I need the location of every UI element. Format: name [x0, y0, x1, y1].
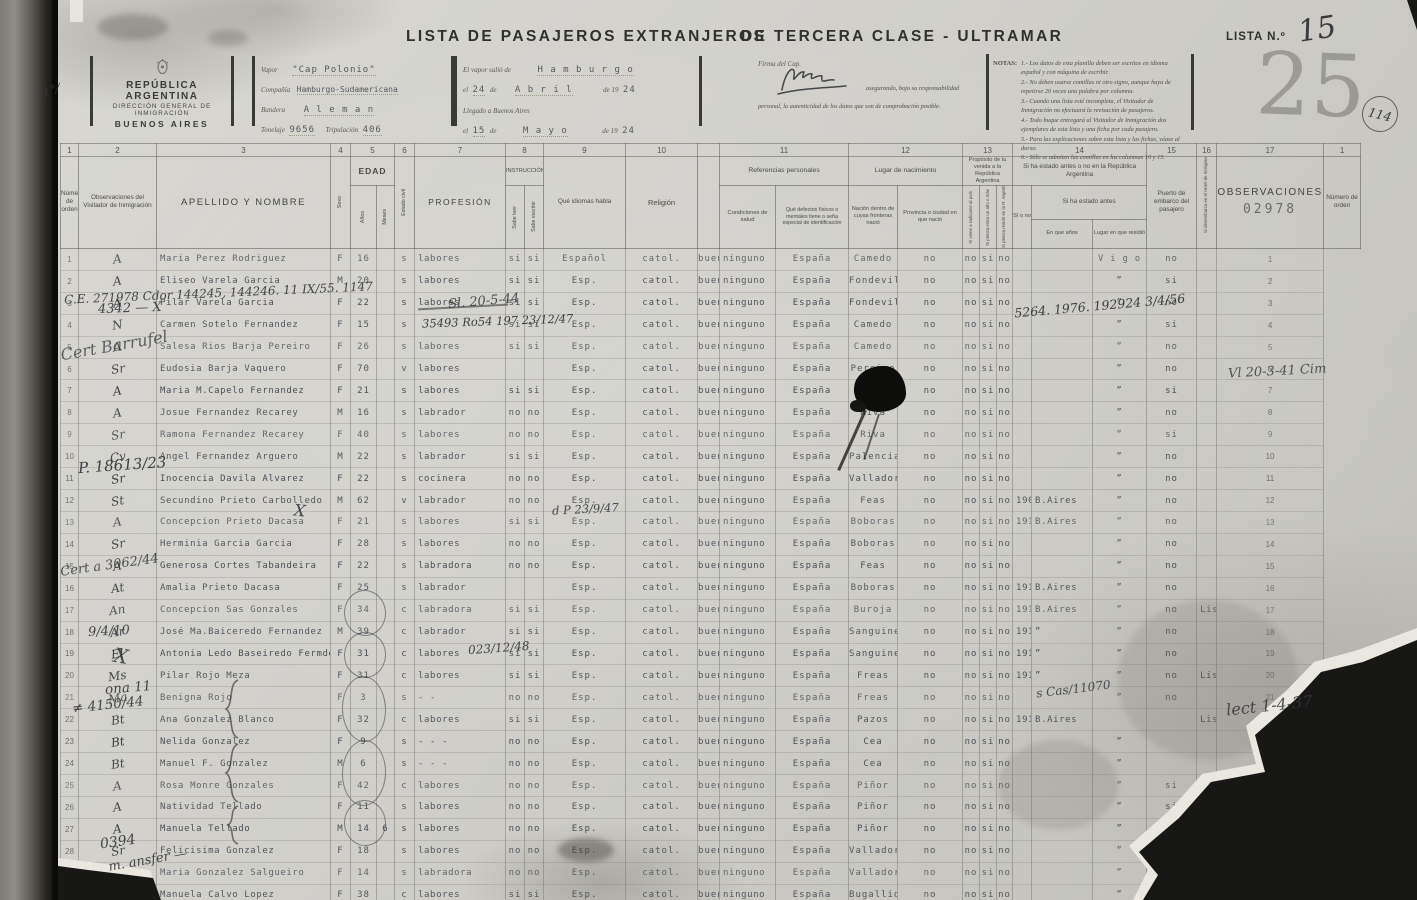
- cell-prop3: si: [980, 775, 997, 797]
- cell-religion: catol.: [626, 753, 698, 775]
- table-row: 25ARosa Monre GonzalesF42claboresnonoEsp…: [61, 775, 1361, 797]
- cell-prop3: si: [980, 731, 997, 753]
- cell-prop1: no: [898, 862, 963, 884]
- cell-nacion: España: [776, 270, 849, 292]
- cell-sexo: F: [331, 687, 351, 709]
- cell-estado: s: [395, 314, 415, 336]
- table-row: 13AConcepcion Prieto DacasaF21slaboressi…: [61, 512, 1361, 534]
- cell-prop1: no: [898, 292, 963, 314]
- cell-nacion: España: [776, 446, 849, 468]
- nota-item: 3.- Cuando una lista esté incompleta, el…: [1021, 97, 1185, 116]
- cell-profesion: labrador: [415, 402, 506, 424]
- cell-salud: buena: [698, 643, 720, 665]
- cell-prop2: no: [963, 533, 980, 555]
- cell-observaciones: [1197, 643, 1217, 665]
- cell-meses: [377, 468, 395, 490]
- cell-anios: 22: [351, 292, 377, 314]
- cell-anios: 39: [351, 621, 377, 643]
- cell-idiomas: Esp.: [544, 884, 626, 900]
- cell-sabe-escribir: no: [525, 687, 544, 709]
- table-row: 11SrInocencia Davila AlvarezF22scocinera…: [61, 468, 1361, 490]
- org-line3: BUENOS AIRES: [99, 119, 225, 129]
- scanned-passenger-list: LISTA DE PASAJEROS EXTRANJEROS DE TERCER…: [0, 0, 1417, 900]
- cell-si-o-no: no: [997, 862, 1013, 884]
- cell-prop1: no: [898, 402, 963, 424]
- cell-lugar-residio: [1032, 862, 1093, 884]
- cell-religion: catol.: [626, 884, 698, 900]
- cell-prop1: no: [898, 796, 963, 818]
- cell-prop2: no: [963, 862, 980, 884]
- cell-estado: s: [395, 248, 415, 270]
- cell-puerto: ”: [1093, 665, 1147, 687]
- cell-lugar-residio: [1032, 687, 1093, 709]
- cell-visitador-mark: Sr: [79, 358, 157, 380]
- col-religion: Religión: [626, 157, 698, 249]
- cell-sexo: F: [331, 292, 351, 314]
- document-sheet: LISTA DE PASAJEROS EXTRANJEROS DE TERCER…: [58, 0, 1417, 900]
- cell-lugar-residio: [1032, 336, 1093, 358]
- cell-numero: 24: [61, 753, 79, 775]
- org-line2: DIRECCIÓN GENERAL DE INMIGRACIÓN: [99, 103, 225, 117]
- cell-salud: buena: [698, 862, 720, 884]
- header-row-1: Número de orden Observaciones del Visita…: [61, 157, 1361, 186]
- cell-salud: buena: [698, 796, 720, 818]
- cell-religion: catol.: [626, 336, 698, 358]
- cell-lugar-residio: B.Aires: [1032, 577, 1093, 599]
- cell-numero2: 24: [1217, 753, 1324, 775]
- cell-anios: 40: [351, 424, 377, 446]
- cell-meses: [377, 709, 395, 731]
- cell-provincia: Piñor: [849, 775, 898, 797]
- cell-prop3: si: [980, 599, 997, 621]
- cell-observaciones: [1197, 336, 1217, 358]
- cell-lugar-residio: B.Aires: [1032, 599, 1093, 621]
- cell-prop1: no: [898, 314, 963, 336]
- cell-en-anios: [1013, 314, 1032, 336]
- cell-prop1: no: [898, 358, 963, 380]
- cell-provincia: Cea: [849, 753, 898, 775]
- cell-numero: 5: [61, 336, 79, 358]
- col-blank: [698, 157, 720, 249]
- cell-defectos: ninguno: [720, 665, 776, 687]
- cell-si-o-no: no: [997, 709, 1013, 731]
- cell-nacion: España: [776, 753, 849, 775]
- cell-numero2: 29: [1217, 862, 1324, 884]
- cell-si-o-no: no: [997, 358, 1013, 380]
- cell-observaciones: [1197, 862, 1217, 884]
- cell-lugar-residio: [1032, 884, 1093, 900]
- col-si-o-no: Sí o no: [1013, 185, 1032, 248]
- cell-meses: [377, 884, 395, 900]
- cell-prop2: no: [963, 248, 980, 270]
- cell-salud: buena: [698, 512, 720, 534]
- cell-sabe-escribir: si: [525, 665, 544, 687]
- cell-visitador-mark: An: [79, 599, 157, 621]
- cell-lugar-residio: [1032, 753, 1093, 775]
- cell-religion: catol.: [626, 512, 698, 534]
- cell-sabe-leer: no: [506, 555, 525, 577]
- compania-value: Hamburgo-Sudamericana: [297, 85, 398, 95]
- cell-provincia: Buroja: [849, 599, 898, 621]
- cell-provincia: Feas: [849, 490, 898, 512]
- cell-hotel: no: [1147, 336, 1197, 358]
- cell-observaciones: [1197, 621, 1217, 643]
- cell-sabe-leer: [506, 358, 525, 380]
- cell-en-anios: [1013, 775, 1032, 797]
- cell-visitador-mark: Sr: [79, 862, 157, 884]
- cell-sexo: F: [331, 840, 351, 862]
- cell-hotel: no: [1147, 665, 1197, 687]
- cell-provincia: Riva: [849, 380, 898, 402]
- cell-idiomas: Esp.: [544, 402, 626, 424]
- cell-idiomas: Esp.: [544, 840, 626, 862]
- cell-visitador-mark: A: [79, 248, 157, 270]
- cell-anios: 22: [351, 468, 377, 490]
- cell-defectos: ninguno: [720, 533, 776, 555]
- cell-observaciones: [1197, 446, 1217, 468]
- col-referencias-group: Referencias personales: [720, 157, 849, 186]
- cell-nombre: José Ma.Baiceredo Fernandez: [157, 621, 331, 643]
- cell-prop3: si: [980, 424, 997, 446]
- cell-prop2: no: [963, 665, 980, 687]
- cell-religion: catol.: [626, 248, 698, 270]
- cell-salud: buena: [698, 468, 720, 490]
- notes-box: NOTAS: 1.- Los datos de esta planilla de…: [986, 54, 1194, 130]
- col-instruccion-group: INSTRUCCIÓN: [506, 157, 544, 186]
- cell-hotel: si: [1147, 270, 1197, 292]
- cell-nacion: España: [776, 818, 849, 840]
- cell-idiomas: Esp.: [544, 424, 626, 446]
- cell-estado: s: [395, 687, 415, 709]
- cell-en-anios: [1013, 292, 1032, 314]
- cell-en-anios: [1013, 424, 1032, 446]
- cell-numero: 8: [61, 402, 79, 424]
- cell-puerto: ”: [1093, 775, 1147, 797]
- col-prop1: Si viene a radicarse al país: [963, 185, 980, 248]
- cell-visitador-mark: Sr: [79, 840, 157, 862]
- cell-puerto: ”: [1093, 446, 1147, 468]
- cell-numero2: 8: [1217, 402, 1324, 424]
- cell-prop1: no: [898, 731, 963, 753]
- cell-hotel: si: [1147, 796, 1197, 818]
- cell-defectos: ninguno: [720, 775, 776, 797]
- col-salud: Condiciones de salud: [720, 185, 776, 248]
- table-row: 23BtNelida GonzalezF9s- - -nonoEsp.catol…: [61, 731, 1361, 753]
- cell-nacion: España: [776, 248, 849, 270]
- column-numbers-row: 123 456 789 1011 1213 1415 16171: [61, 144, 1361, 157]
- passenger-table: 123 456 789 1011 1213 1415 16171 Número …: [60, 143, 1360, 900]
- cell-puerto: ”: [1093, 402, 1147, 424]
- cell-nacion: España: [776, 533, 849, 555]
- cell-lugar-residio: [1032, 555, 1093, 577]
- cell-hotel: si: [1147, 775, 1197, 797]
- cell-prop2: no: [963, 402, 980, 424]
- cell-observaciones: [1197, 402, 1217, 424]
- table-row: 22BtAna Gonzalez BlancoF32claboressisiEs…: [61, 709, 1361, 731]
- cell-en-anios: 1912-23: [1013, 709, 1032, 731]
- cell-anios: 22: [351, 446, 377, 468]
- cell-visitador-mark: Sr: [79, 424, 157, 446]
- cell-anios: 38: [351, 884, 377, 900]
- ship-box: Vapor "Cap Polonio" Compañía Hamburgo-Su…: [252, 56, 454, 126]
- cell-en-anios: [1013, 753, 1032, 775]
- salida-de19: de 19: [603, 86, 618, 94]
- cell-idiomas: Esp.: [544, 468, 626, 490]
- cell-anios: 21: [351, 512, 377, 534]
- cell-hotel: no: [1147, 248, 1197, 270]
- cell-prop2: no: [963, 621, 980, 643]
- table-row: 18ArJosé Ma.Baiceredo FernandezM39clabra…: [61, 621, 1361, 643]
- cell-defectos: ninguno: [720, 577, 776, 599]
- cell-lugar-residio: [1032, 533, 1093, 555]
- cell-idiomas: Esp.: [544, 643, 626, 665]
- cell-idiomas: Esp.: [544, 599, 626, 621]
- compania-label: Compañía: [261, 86, 290, 94]
- cell-prop3: si: [980, 248, 997, 270]
- cell-numero2: 13: [1217, 512, 1324, 534]
- cell-profesion: labrador: [415, 490, 506, 512]
- cell-religion: catol.: [626, 490, 698, 512]
- vapor-value: "Cap Polonio": [292, 65, 375, 76]
- cell-profesion: labores: [415, 643, 506, 665]
- cell-salud: buena: [698, 446, 720, 468]
- cell-religion: catol.: [626, 709, 698, 731]
- cell-prop1: no: [898, 555, 963, 577]
- cell-prop1: no: [898, 468, 963, 490]
- cell-prop3: si: [980, 402, 997, 424]
- cell-sabe-escribir: si: [525, 643, 544, 665]
- cell-puerto: ”: [1093, 862, 1147, 884]
- cell-prop1: no: [898, 818, 963, 840]
- cell-defectos: ninguno: [720, 358, 776, 380]
- cell-prop3: si: [980, 709, 997, 731]
- table-row: 10CvAngel Fernandez ArgueroM22slabradors…: [61, 446, 1361, 468]
- cell-nombre: Maria Gonzalez Salgueiro: [157, 862, 331, 884]
- cell-prop1: no: [898, 270, 963, 292]
- cell-salud: buena: [698, 840, 720, 862]
- cell-numero: 4: [61, 314, 79, 336]
- col-puerto: Puerto de embarco del pasajero: [1147, 157, 1197, 249]
- cell-sabe-escribir: no: [525, 555, 544, 577]
- table-row: 2AEliseo Varela GarciaM20slaboressisiEsp…: [61, 270, 1361, 292]
- cell-estado: c: [395, 884, 415, 900]
- cell-prop2: no: [963, 840, 980, 862]
- cell-profesion: - - -: [415, 753, 506, 775]
- cell-sexo: F: [331, 775, 351, 797]
- cell-estado: s: [395, 577, 415, 599]
- cell-observaciones: [1197, 490, 1217, 512]
- cell-observaciones: [1197, 270, 1217, 292]
- cell-numero: 1: [61, 248, 79, 270]
- org-box: REPÚBLICA ARGENTINA DIRECCIÓN GENERAL DE…: [90, 56, 234, 126]
- cell-defectos: ninguno: [720, 643, 776, 665]
- cell-sabe-escribir: si: [525, 292, 544, 314]
- cell-defectos: ninguno: [720, 599, 776, 621]
- cell-prop2: no: [963, 380, 980, 402]
- cell-lugar-residio: [1032, 314, 1093, 336]
- cell-puerto: ”: [1093, 643, 1147, 665]
- cell-sabe-escribir: no: [525, 775, 544, 797]
- cell-prop2: no: [963, 818, 980, 840]
- cell-puerto: ”: [1093, 314, 1147, 336]
- cell-hotel: no: [1147, 840, 1197, 862]
- cell-numero: 26: [61, 796, 79, 818]
- table-row: 30NManuela Calvo LopezF38claboressisiEsp…: [61, 884, 1361, 900]
- cell-defectos: ninguno: [720, 380, 776, 402]
- cell-visitador-mark: Bt: [79, 709, 157, 731]
- cell-sexo: F: [331, 599, 351, 621]
- cell-en-anios: [1013, 446, 1032, 468]
- cell-salud: buena: [698, 577, 720, 599]
- cell-prop2: no: [963, 775, 980, 797]
- cell-idiomas: Esp.: [544, 687, 626, 709]
- cell-sexo: M: [331, 402, 351, 424]
- cell-si-o-no: no: [997, 533, 1013, 555]
- cell-puerto: ”: [1093, 270, 1147, 292]
- cell-idiomas: Esp.: [544, 621, 626, 643]
- cell-observaciones: [1197, 512, 1217, 534]
- cell-sexo: M: [331, 490, 351, 512]
- cell-prop1: no: [898, 599, 963, 621]
- cell-profesion: labores: [415, 512, 506, 534]
- cell-nombre: Pilar Rojo Meza: [157, 665, 331, 687]
- cell-en-anios: [1013, 358, 1032, 380]
- firma-line2: personal, la autenticidad de los datos q…: [758, 102, 980, 111]
- cell-prop2: no: [963, 709, 980, 731]
- col-observaciones: OBSERVACIONES 02978: [1217, 157, 1324, 249]
- cell-nombre: Josue Fernandez Recarey: [157, 402, 331, 424]
- passenger-rows: 1AMaria Perez RodriguezF16slaboressisiEs…: [61, 248, 1361, 900]
- salida-label: El vapor salió de: [463, 66, 511, 74]
- cell-hotel: si: [1147, 424, 1197, 446]
- cell-nacion: España: [776, 775, 849, 797]
- cell-meses: [377, 862, 395, 884]
- cell-defectos: ninguno: [720, 840, 776, 862]
- cell-sabe-escribir: si: [525, 336, 544, 358]
- cell-profesion: labrador: [415, 446, 506, 468]
- cell-puerto: ”: [1093, 818, 1147, 840]
- cell-prop3: si: [980, 555, 997, 577]
- cell-sabe-escribir: no: [525, 862, 544, 884]
- cell-prop2: no: [963, 314, 980, 336]
- cell-numero2: 21: [1217, 687, 1324, 709]
- cell-observaciones: [1197, 248, 1217, 270]
- cell-nombre: Maria Perez Rodriguez: [157, 248, 331, 270]
- cell-idiomas: Esp.: [544, 446, 626, 468]
- cell-hotel: si: [1147, 314, 1197, 336]
- cell-defectos: ninguno: [720, 818, 776, 840]
- cell-salud: buena: [698, 687, 720, 709]
- cell-prop3: si: [980, 818, 997, 840]
- cell-numero2: 19: [1217, 643, 1324, 665]
- cell-salud: buena: [698, 336, 720, 358]
- cell-defectos: ninguno: [720, 621, 776, 643]
- cell-lugar-residio: [1032, 424, 1093, 446]
- cell-anios: 21: [351, 380, 377, 402]
- cell-prop2: no: [963, 424, 980, 446]
- cell-numero2: 12: [1217, 490, 1324, 512]
- col-prop3: Si piensa residir en la R. Argentina: [997, 185, 1013, 248]
- cell-prop1: no: [898, 884, 963, 900]
- col-anios: Años: [351, 185, 377, 248]
- cell-estado: v: [395, 490, 415, 512]
- cell-prop2: no: [963, 490, 980, 512]
- cell-prop3: si: [980, 380, 997, 402]
- cell-salud: buena: [698, 753, 720, 775]
- table-row: 17AnConcepcion Sas GonzalesF34clabradora…: [61, 599, 1361, 621]
- cell-sabe-escribir: si: [525, 446, 544, 468]
- cell-si-o-no: no: [997, 884, 1013, 900]
- cell-hotel: no: [1147, 687, 1197, 709]
- cell-visitador-mark: Bt: [79, 731, 157, 753]
- cell-numero: 20: [61, 665, 79, 687]
- cell-puerto: ”: [1093, 468, 1147, 490]
- cell-prop3: si: [980, 314, 997, 336]
- coat-of-arms-icon: [156, 59, 169, 75]
- salida-anio: 24: [623, 85, 636, 95]
- cell-si-o-no: no: [997, 621, 1013, 643]
- cell-sabe-escribir: no: [525, 424, 544, 446]
- cell-defectos: ninguno: [720, 731, 776, 753]
- cell-defectos: ninguno: [720, 248, 776, 270]
- cell-salud: buena: [698, 490, 720, 512]
- cell-visitador-mark: N: [79, 314, 157, 336]
- cell-en-anios: [1013, 731, 1032, 753]
- col-hotel-inmigrantes: Si desembarca en el Hotel de Inmigrantes…: [1197, 157, 1217, 249]
- cell-puerto: ”: [1093, 884, 1147, 900]
- cell-puerto: ”: [1093, 687, 1147, 709]
- cell-sabe-leer: no: [506, 402, 525, 424]
- cell-lugar-residio: [1032, 358, 1093, 380]
- cell-estado: c: [395, 621, 415, 643]
- cell-puerto: ”: [1093, 731, 1147, 753]
- cell-anios: 16: [351, 402, 377, 424]
- cell-sabe-leer: [506, 577, 525, 599]
- page-tab: [70, 0, 83, 22]
- col-sabe-leer: Sabe leer: [506, 185, 525, 248]
- cell-nacion: España: [776, 380, 849, 402]
- cell-meses: [377, 248, 395, 270]
- cell-nombre: Felicisima Gonzalez: [157, 840, 331, 862]
- cell-sabe-escribir: si: [525, 270, 544, 292]
- cell-nombre: Concepcion Sas Gonzales: [157, 599, 331, 621]
- cell-meses: [377, 621, 395, 643]
- cell-observaciones: [1197, 533, 1217, 555]
- cell-lugar-residio: B.Aires: [1032, 512, 1093, 534]
- cell-hotel: no: [1147, 402, 1197, 424]
- cell-prop1: no: [898, 512, 963, 534]
- cell-observaciones: [1197, 796, 1217, 818]
- table-row: 21MaBenigna RojoF3s- -nonoEsp.catol.buen…: [61, 687, 1361, 709]
- cell-prop3: si: [980, 621, 997, 643]
- cell-provincia: Riva: [849, 402, 898, 424]
- cell-numero2: 20: [1217, 665, 1324, 687]
- cell-idiomas: Esp.: [544, 314, 626, 336]
- cell-en-anios: [1013, 687, 1032, 709]
- cell-si-o-no: no: [997, 336, 1013, 358]
- cell-puerto: ”: [1093, 292, 1147, 314]
- cell-numero2: 27: [1217, 818, 1324, 840]
- cell-provincia: Boboras: [849, 512, 898, 534]
- col-observaciones-visitador: Observaciones del Visitador de Inmigraci…: [79, 157, 157, 249]
- cell-profesion: - - -: [415, 731, 506, 753]
- tonelaje-label: Tonelaje: [261, 126, 285, 134]
- cell-en-anios: [1013, 380, 1032, 402]
- cell-hotel: si: [1147, 818, 1197, 840]
- cell-religion: catol.: [626, 796, 698, 818]
- cell-prop2: no: [963, 643, 980, 665]
- cell-sabe-escribir: si: [525, 512, 544, 534]
